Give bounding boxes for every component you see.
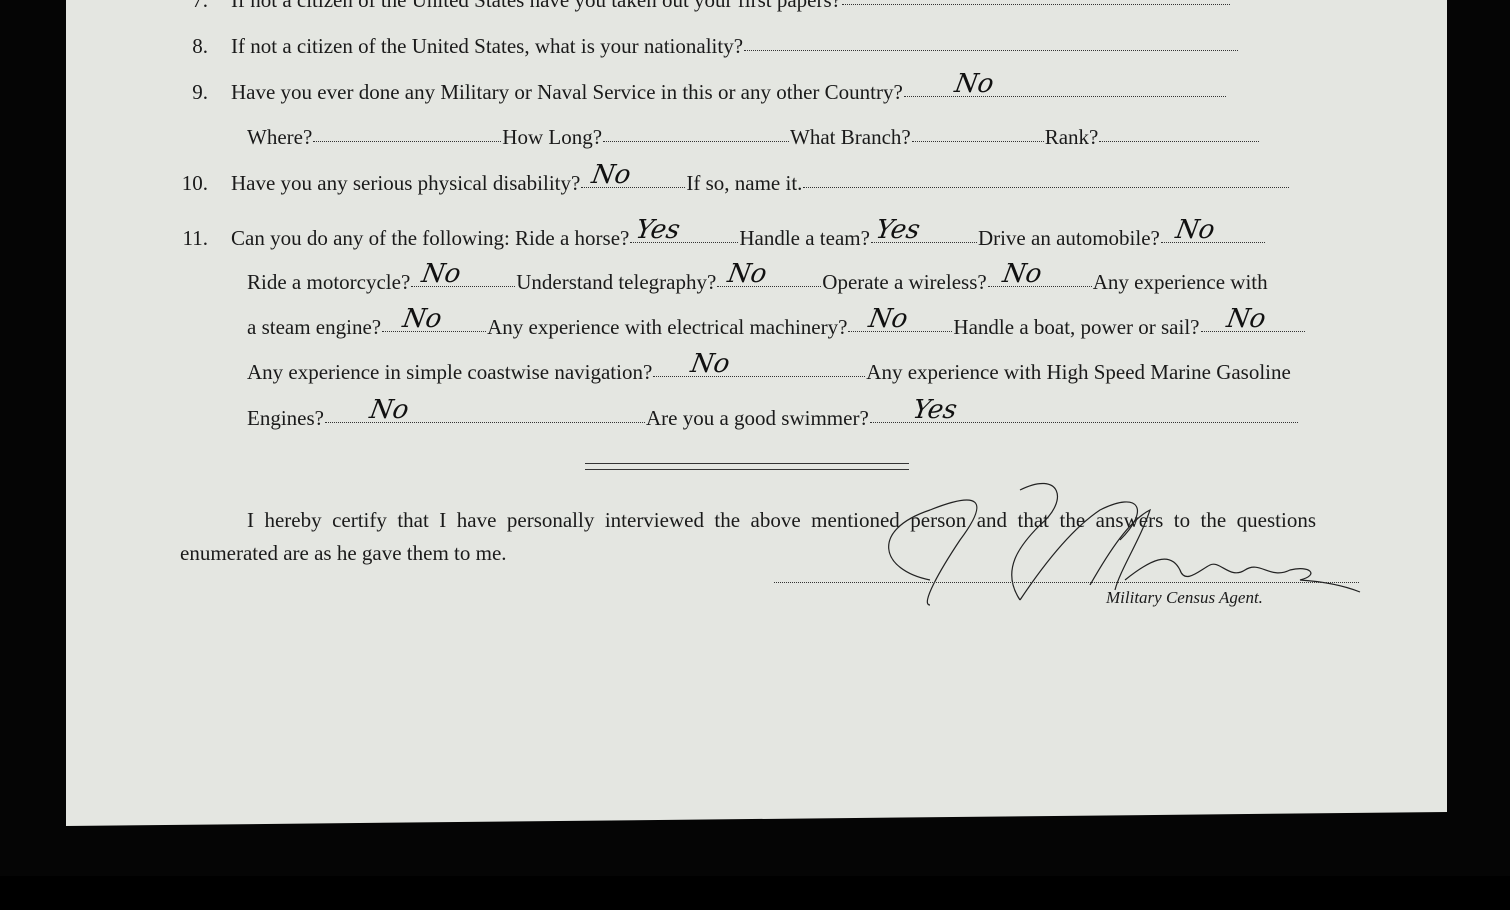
what-branch-label: What Branch?	[790, 125, 911, 150]
signature-label: Military Census Agent.	[1106, 588, 1263, 608]
q10-answer: No	[589, 160, 633, 190]
ride-horse-label: Ride a horse?	[515, 226, 629, 251]
rank-label: Rank?	[1045, 125, 1099, 150]
electrical-machinery-answer: No	[867, 304, 911, 334]
electrical-machinery-field[interactable]: No	[848, 330, 952, 332]
q11-row-4: Any experience in simple coastwise navig…	[247, 360, 1291, 385]
telegraphy-field[interactable]: No	[717, 285, 821, 287]
q9-answer-field[interactable]: No	[904, 95, 1226, 97]
q10-row: Have you any serious physical disability…	[231, 171, 1290, 196]
ride-horse-field[interactable]: Yes	[630, 241, 738, 243]
wireless-field[interactable]: No	[988, 285, 1092, 287]
rank-field[interactable]	[1099, 140, 1259, 142]
q9-text: Have you ever done any Military or Naval…	[231, 80, 903, 105]
where-label: Where?	[247, 125, 312, 150]
what-branch-field[interactable]	[912, 140, 1044, 142]
q10-text: Have you any serious physical disability…	[231, 171, 580, 196]
steam-engine-answer: No	[400, 304, 444, 334]
q8-number: 8.	[168, 34, 208, 59]
q11-row-5: Engines? No Are you a good swimmer? Yes	[247, 406, 1299, 431]
ride-motorcycle-label: Ride a motorcycle?	[247, 270, 410, 295]
drive-automobile-answer: No	[1174, 215, 1218, 245]
ride-motorcycle-answer: No	[419, 259, 463, 289]
q11-row-2: Ride a motorcycle? No Understand telegra…	[247, 270, 1268, 295]
q11-row-1: Can you do any of the following: Ride a …	[231, 226, 1266, 251]
where-field[interactable]	[313, 140, 501, 142]
q9-row: Have you ever done any Military or Naval…	[231, 80, 1227, 105]
q9-subrow: Where? How Long? What Branch? Rank?	[247, 125, 1260, 150]
q11-row-3: a steam engine? No Any experience with e…	[247, 315, 1306, 340]
steam-engine-field[interactable]: No	[382, 330, 486, 332]
separator-rule	[585, 463, 909, 464]
coastwise-navigation-label: Any experience in simple coastwise navig…	[247, 360, 652, 385]
handle-boat-answer: No	[1224, 304, 1268, 334]
steam-engine-label-start: Any experience with	[1093, 270, 1268, 295]
swimmer-field[interactable]: Yes	[870, 421, 1298, 423]
marine-engines-field[interactable]: No	[325, 421, 645, 423]
q9-number: 9.	[168, 80, 208, 105]
ride-motorcycle-field[interactable]: No	[411, 285, 515, 287]
electrical-machinery-label: Any experience with electrical machinery…	[487, 315, 847, 340]
background-band	[0, 876, 1510, 910]
q7-row: If not a citizen of the United States ha…	[231, 0, 1231, 13]
q10-answer-field[interactable]: No	[581, 186, 685, 188]
q7-text: If not a citizen of the United States ha…	[231, 0, 841, 13]
q7-answer-field[interactable]	[842, 3, 1230, 5]
coastwise-navigation-field[interactable]: No	[653, 375, 865, 377]
separator-rule-2	[585, 469, 909, 470]
q8-answer-field[interactable]	[744, 49, 1238, 51]
q8-row: If not a citizen of the United States, w…	[231, 34, 1239, 59]
handle-boat-label: Handle a boat, power or sail?	[953, 315, 1199, 340]
drive-automobile-label: Drive an automobile?	[978, 226, 1160, 251]
marine-engines-label: Engines?	[247, 406, 324, 431]
how-long-label: How Long?	[502, 125, 602, 150]
marine-engines-answer: No	[367, 395, 411, 425]
steam-engine-label: a steam engine?	[247, 315, 381, 340]
signature-line[interactable]	[774, 582, 1359, 583]
how-long-field[interactable]	[603, 140, 789, 142]
q11-intro: Can you do any of the following:	[231, 226, 510, 251]
ride-horse-answer: Yes	[633, 215, 682, 245]
q11-number: 11.	[168, 226, 208, 251]
handle-boat-field[interactable]: No	[1201, 330, 1305, 332]
q10-number: 10.	[168, 171, 208, 196]
q10-followup-label: If so, name it.	[686, 171, 802, 196]
coastwise-navigation-answer: No	[689, 349, 733, 379]
handle-team-label: Handle a team?	[739, 226, 870, 251]
q7-number: 7.	[168, 0, 208, 13]
marine-engines-label-start: Any experience with High Speed Marine Ga…	[866, 360, 1291, 385]
swimmer-label: Are you a good swimmer?	[646, 406, 869, 431]
q9-answer: No	[953, 69, 997, 99]
handle-team-field[interactable]: Yes	[871, 241, 977, 243]
drive-automobile-field[interactable]: No	[1161, 241, 1265, 243]
q10-followup-field[interactable]	[803, 186, 1289, 188]
swimmer-answer: Yes	[910, 395, 959, 425]
telegraphy-answer: No	[725, 259, 769, 289]
wireless-label: Operate a wireless?	[822, 270, 986, 295]
telegraphy-label: Understand telegraphy?	[516, 270, 716, 295]
wireless-answer: No	[1001, 259, 1045, 289]
handle-team-answer: Yes	[874, 215, 923, 245]
q8-text: If not a citizen of the United States, w…	[231, 34, 743, 59]
